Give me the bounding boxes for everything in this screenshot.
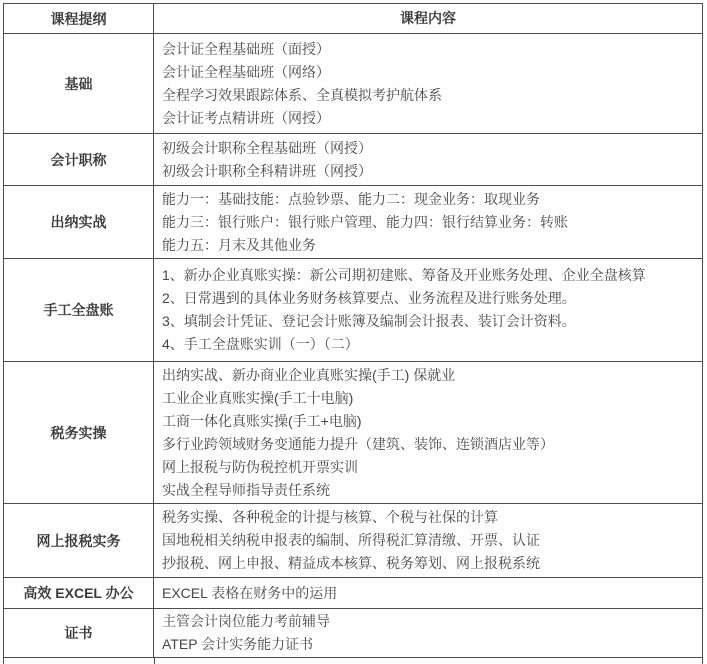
table-row: 出纳实战 能力一：基础技能：点验钞票、能力二：现金业务：取现业务 能力三：银行账… — [4, 186, 702, 259]
header-content-label: 课程内容 — [400, 7, 456, 30]
course-category-label: 手工全盘账 — [4, 259, 154, 361]
table-row: 高效 EXCEL 办公 EXCEL 表格在财务中的运用 — [4, 578, 702, 609]
course-content-cell: EXCEL 表格在财务中的运用 — [154, 578, 702, 608]
course-line: 能力五：月末及其他业务 — [162, 234, 694, 257]
course-category-label: 出纳实战 — [4, 186, 154, 258]
course-table: 课程提纲 课程内容 基础 会计证全程基础班（面授） 会计证全程基础班（网络） 全… — [3, 3, 703, 658]
course-catalog-page: 课程提纲 课程内容 基础 会计证全程基础班（面授） 会计证全程基础班（网络） 全… — [0, 0, 707, 664]
course-line: 2、日常遇到的具体业务财务核算要点、业务流程及进行账务处理。 — [162, 287, 694, 310]
course-content-cell: 会计证全程基础班（面授） 会计证全程基础班（网络） 全程学习效果跟踪体系、全真模… — [154, 34, 702, 133]
course-line: 国地税相关纳税申报表的编制、所得税汇算清缴、开票、认证 — [162, 529, 694, 552]
course-category-label: 证书 — [4, 609, 154, 657]
course-line: 会计证全程基础班（网络） — [162, 61, 694, 84]
course-line: 会计证考点精讲班（网授） — [162, 107, 694, 130]
course-line: 能力一：基础技能：点验钞票、能力二：现金业务：取现业务 — [162, 188, 694, 211]
course-category-label: 会计职称 — [4, 134, 154, 185]
course-category-label: 基础 — [4, 34, 154, 133]
header-cell-content: 课程内容 — [154, 4, 702, 33]
course-line: 网上报税与防伪税控机开票实训 — [162, 456, 694, 479]
course-content-cell: 初级会计职称全程基础班（网授） 初级会计职称全科精讲班（网授） — [154, 134, 702, 185]
course-line: 能力三：银行账户：银行账户管理、能力四：银行结算业务：转账 — [162, 211, 694, 234]
table-row: 网上报税实务 税务实操、各种税金的计提与核算、个税与社保的计算 国地税相关纳税申… — [4, 504, 702, 578]
course-line: 4、手工全盘账实训（一）（二） — [162, 333, 694, 356]
course-line: 多行业跨领域财务变通能力提升（建筑、装饰、连锁酒店业等） — [162, 433, 694, 456]
course-line: 抄报税、网上申报、精益成本核算、税务筹划、网上报税系统 — [162, 552, 694, 575]
table-row: 税务实操 出纳实战、新办商业企业真账实操(手工) 保就业 工业企业真账实操(手工… — [4, 362, 702, 504]
course-line: EXCEL 表格在财务中的运用 — [162, 582, 694, 605]
course-line: 工业企业真账实操(手工十电脑) — [162, 387, 694, 410]
table-row: 基础 会计证全程基础班（面授） 会计证全程基础班（网络） 全程学习效果跟踪体系、… — [4, 34, 702, 134]
table-row: 手工全盘账 1、新办企业真账实操：新公司期初建账、筹备及开业账务处理、企业全盘核… — [4, 259, 702, 362]
course-line: 初级会计职称全程基础班（网授） — [162, 137, 694, 160]
course-content-cell: 能力一：基础技能：点验钞票、能力二：现金业务：取现业务 能力三：银行账户：银行账… — [154, 186, 702, 258]
course-line: 3、填制会计凭证、登记会计账簿及编制会计报表、装订会计资料。 — [162, 310, 694, 333]
course-line: ATEP 会计实务能力证书 — [162, 633, 694, 656]
course-content-cell: 税务实操、各种税金的计提与核算、个税与社保的计算 国地税相关纳税申报表的编制、所… — [154, 504, 702, 577]
table-row: 证书 主管会计岗位能力考前辅导 ATEP 会计实务能力证书 — [4, 609, 702, 658]
table-row: 会计职称 初级会计职称全程基础班（网授） 初级会计职称全科精讲班（网授） — [4, 134, 702, 186]
course-category-label: 网上报税实务 — [4, 504, 154, 577]
course-line: 出纳实战、新办商业企业真账实操(手工) 保就业 — [162, 364, 694, 387]
column-divider — [154, 658, 155, 664]
table-header-row: 课程提纲 课程内容 — [4, 4, 702, 34]
table-next-row-partial — [3, 658, 703, 664]
course-line: 主管会计岗位能力考前辅导 — [162, 610, 694, 633]
course-line: 1、新办企业真账实操：新公司期初建账、筹备及开业账务处理、企业全盘核算 — [162, 264, 694, 287]
course-content-cell: 1、新办企业真账实操：新公司期初建账、筹备及开业账务处理、企业全盘核算 2、日常… — [154, 259, 702, 361]
course-category-label: 税务实操 — [4, 362, 154, 503]
course-line: 全程学习效果跟踪体系、全真模拟考护航体系 — [162, 84, 694, 107]
course-line: 初级会计职称全科精讲班（网授） — [162, 160, 694, 183]
header-cell-outline: 课程提纲 — [4, 4, 154, 33]
course-line: 工商一体化真账实操(手工+电脑) — [162, 410, 694, 433]
course-content-cell: 出纳实战、新办商业企业真账实操(手工) 保就业 工业企业真账实操(手工十电脑) … — [154, 362, 702, 503]
course-category-label: 高效 EXCEL 办公 — [4, 578, 154, 608]
course-content-cell: 主管会计岗位能力考前辅导 ATEP 会计实务能力证书 — [154, 609, 702, 657]
course-line: 会计证全程基础班（面授） — [162, 38, 694, 61]
course-line: 税务实操、各种税金的计提与核算、个税与社保的计算 — [162, 506, 694, 529]
course-line: 实战全程导师指导责任系统 — [162, 479, 694, 502]
